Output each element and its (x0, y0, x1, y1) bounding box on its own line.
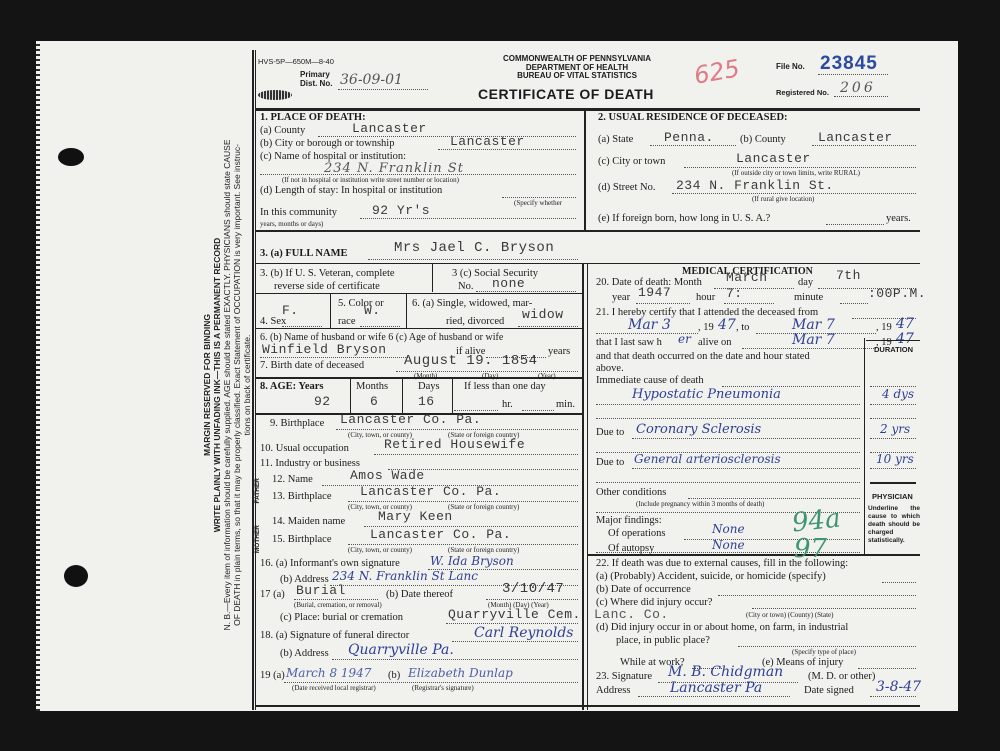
margin-line-2: WRITE PLAINLY WITH UNFADING INK—THIS IS … (212, 70, 222, 700)
alive-on-label: alive on (698, 337, 732, 348)
mother-name-value: Mary Keen (378, 509, 453, 524)
primary-dist-value: 36-09-01 (340, 72, 403, 88)
red-stamp-number: 625 (692, 54, 742, 90)
death-hour-label: hour (696, 292, 715, 303)
birth-note-month: (Month) (414, 372, 437, 380)
other-conditions-label: Other conditions (596, 487, 666, 498)
external-c-value: Lanc. Co. (594, 607, 669, 622)
death-year-label: year (612, 292, 630, 303)
duration-header: DURATION (874, 345, 913, 354)
pod-city-value: Lancaster (450, 134, 525, 149)
death-certificate-form: HVS-5P—650M—8-40 Primary Dist. No. 36-09… (252, 50, 924, 710)
min-label: min. (556, 399, 575, 410)
funeral-director-signature: Carl Reynolds (474, 625, 573, 641)
attended-from-year: 47 (718, 317, 736, 333)
pod-community-value: 92 Yr's (372, 203, 430, 218)
last-saw-pronoun: er (678, 332, 691, 346)
less-day-label: If less than one day (464, 381, 546, 392)
pod-county-label: (a) County (260, 125, 305, 136)
binding-margin-instructions: MARGIN RESERVED FOR BINDING WRITE PLAINL… (205, 70, 249, 700)
punch-hole-bottom (64, 565, 88, 587)
immediate-cause-value: Hypostatic Pneumonia (632, 387, 781, 402)
spouse-years-label: years (548, 346, 570, 357)
death-day-label: day (798, 277, 813, 288)
place-of-death-heading: 1. PLACE OF DEATH: (260, 112, 366, 123)
residence-heading: 2. USUAL RESIDENCE OF DECEASED: (598, 112, 788, 123)
birthplace-value: Lancaster Co. Pa. (340, 412, 481, 427)
registered-no-value: 206 (840, 80, 876, 96)
disposition-note: (Burial, cremation, or removal) (294, 601, 382, 609)
mother-birthplace-note-state: (State or foreign country) (448, 546, 519, 554)
days-label: Days (418, 381, 440, 392)
attended-to-label: , to (736, 322, 749, 333)
birth-note-year: (Year) (538, 372, 556, 380)
mother-side-label: MOTHER (254, 525, 268, 553)
duration-column-divider (864, 338, 865, 554)
left-border (252, 50, 254, 710)
immediate-cause-label: Immediate cause of death (596, 375, 704, 386)
punch-hole-top (58, 148, 84, 166)
occupation-label: 10. Usual occupation (260, 443, 349, 454)
full-name-label: 3. (a) FULL NAME (260, 248, 348, 259)
due-to-value-2: General arteriosclerosis (634, 452, 781, 466)
burial-place-value: Quarryville Cem. (448, 607, 581, 622)
pod-hospital-note: (If not in hospital or institution write… (282, 176, 459, 184)
age-months-value: 6 (370, 394, 378, 409)
registrar-signature-note: (Registrar's signature) (412, 684, 474, 692)
res-county-value: Lancaster (818, 130, 893, 145)
external-d-note: (Specify type of place) (792, 648, 856, 656)
pod-stay-label: (d) Length of stay: In hospital or insti… (260, 185, 442, 196)
mother-birthplace-label: 15. Birthplace (272, 534, 331, 545)
registered-no-label: Registered No. (776, 88, 829, 97)
file-no-label: File No. (776, 62, 805, 71)
registrar-label: 19 (a) (260, 670, 285, 681)
disposition-value: Burial (296, 583, 346, 598)
bottom-rule (256, 705, 920, 707)
last-saw-label: that I last saw h (596, 337, 662, 348)
res-city-value: Lancaster (736, 151, 811, 166)
from-year-prefix: , 19 (698, 322, 714, 333)
autopsy-label: Of autopsy (608, 543, 654, 554)
death-hour-value: 7: (726, 286, 743, 301)
res-county-label: (b) County (740, 134, 786, 145)
to-year-prefix: , 19 (876, 322, 892, 333)
left-border-inner (255, 50, 256, 710)
physician-header: PHYSICIAN (872, 492, 913, 501)
file-no-value: 23845 (820, 53, 878, 75)
informant-signature-label: 16. (a) Informant's own signature (260, 558, 400, 569)
death-minute-value: :00P.M. (868, 286, 926, 301)
margin-line-4: OF DEATH in plain terms, so that it may … (232, 70, 242, 700)
marital-label-1: 6. (a) Single, widowed, mar- (412, 298, 532, 309)
father-birthplace-label: 13. Birthplace (272, 491, 331, 502)
burial-date-label: (b) Date thereof (386, 589, 453, 600)
father-name-value: Amos Wade (350, 468, 425, 483)
registrar-b-label: (b) (388, 670, 400, 681)
res-city-label: (c) City or town (598, 156, 665, 167)
full-name-value: Mrs Jael C. Bryson (394, 240, 554, 256)
birth-date-value: August 19. 1854 (404, 353, 538, 369)
res-foreign-label: (e) If foreign born, how long in U. S. A… (598, 213, 770, 224)
res-street-note: (If rural give location) (752, 195, 814, 203)
father-birthplace-note-state: (State or foreign country) (448, 503, 519, 511)
external-a-label: (a) (Probably) Accident, suicide, or hom… (596, 571, 826, 582)
registrar-date-value: March 8 1947 (286, 666, 371, 680)
death-month-value: March (726, 270, 768, 285)
main-column-divider-inner (587, 263, 588, 710)
father-name-label: 12. Name (272, 474, 313, 485)
registrar-signature-value: Elizabeth Dunlap (408, 666, 513, 680)
death-day-value: 7th (836, 268, 861, 283)
attended-to-year: 47 (896, 316, 914, 332)
alive-on-value: Mar 7 (792, 332, 835, 348)
color-value: W. (364, 303, 381, 318)
funeral-director-address-value: Quarryville Pa. (348, 642, 454, 658)
external-d-label-2: place, in public place? (616, 635, 710, 646)
rule-22 (588, 554, 920, 556)
margin-line-1: MARGIN RESERVED FOR BINDING (202, 70, 212, 700)
birth-note-day: (Day) (482, 372, 498, 380)
death-occurred-label: and that death occurred on the date and … (596, 351, 810, 362)
header-rule (256, 108, 920, 111)
operations-value: None (712, 522, 745, 536)
union-label-seal-icon (258, 90, 292, 100)
operations-label: Of operations (608, 528, 665, 539)
primary-dist-label: Primary Dist. No. (300, 70, 332, 88)
burial-place-label: (c) Place: burial or cremation (280, 612, 403, 623)
certificate-title: CERTIFICATE OF DEATH (478, 86, 654, 102)
main-column-divider (582, 263, 584, 710)
informant-signature-value: W. Ida Bryson (430, 554, 514, 568)
above-label: above. (596, 363, 624, 374)
physician-address-label: Address (596, 685, 630, 696)
res-state-value: Penna. (664, 130, 714, 145)
physician-note: Underline the cause to which death shoul… (868, 505, 920, 545)
death-year-value: 1947 (638, 285, 671, 300)
agency-block: COMMONWEALTH OF PENNSYLVANIA DEPARTMENT … (477, 55, 677, 81)
external-b-label: (b) Date of occurrence (596, 584, 691, 595)
margin-line-3: N. B.—Every item of information should b… (222, 70, 232, 700)
funeral-director-address-label: (b) Address (280, 648, 329, 659)
occupation-value: Retired Housewife (384, 437, 525, 452)
rule-3b (256, 293, 582, 294)
mother-birthplace-value: Lancaster Co. Pa. (370, 527, 511, 542)
age-days-value: 16 (418, 394, 435, 409)
color-label-2: race (338, 316, 355, 327)
res-state-label: (a) State (598, 134, 633, 145)
due-to-duration-1: 2 yrs (880, 422, 910, 436)
birth-date-label: 7. Birth date of deceased (260, 360, 364, 371)
external-causes-heading: 22. If death was due to external causes,… (596, 558, 848, 569)
autopsy-value: None (712, 538, 745, 552)
registrar-date-note: (Date received local registrar) (292, 684, 376, 692)
physician-signature-value: M. B. Chidgman (668, 664, 783, 680)
pod-stay-note: (Specify whether (514, 199, 562, 207)
disposition-label: 17 (a) (260, 589, 285, 600)
due-to-value-1: Coronary Sclerosis (636, 422, 761, 437)
marital-label-2: ried, divorced (446, 316, 504, 327)
due-to-duration-2: 10 yrs (876, 452, 914, 466)
res-city-note: (If outside city or town limits, write R… (732, 169, 860, 177)
attended-from-value: Mar 3 (628, 317, 671, 333)
res-foreign-suffix: years. (886, 213, 911, 224)
due-to-label-1: Due to (596, 427, 624, 438)
age-label: 8. AGE: Years (260, 381, 323, 392)
ss-label-2: No. (458, 281, 473, 292)
funeral-director-label: 18. (a) Signature of funeral director (260, 630, 409, 641)
veteran-label-2: reverse side of certificate (274, 281, 380, 292)
months-label: Months (356, 381, 388, 392)
date-signed-value: 3-8-47 (876, 679, 921, 695)
date-signed-label: Date signed (804, 685, 854, 696)
rule-4 (256, 328, 582, 329)
pod-county-value: Lancaster (352, 121, 427, 136)
father-birthplace-value: Lancaster Co. Pa. (360, 484, 501, 499)
immediate-cause-duration: 4 dys (882, 387, 914, 401)
veteran-label-1: 3. (b) If U. S. Veteran, complete (260, 268, 395, 279)
external-c-note: (City or town) (County) (State) (746, 611, 834, 619)
other-conditions-note: (Include pregnancy within 3 months of de… (636, 500, 764, 508)
ss-value: none (492, 276, 525, 291)
physician-address-value: Lancaster Pa (670, 680, 762, 696)
informant-address-value: 234 N. Franklin St Lanc (332, 569, 478, 583)
attended-to-value: Mar 7 (792, 317, 835, 333)
industry-label: 11. Industry or business (260, 458, 360, 469)
mother-birthplace-note-city: (City, town, or county) (348, 546, 412, 554)
sex-value: F. (282, 303, 299, 318)
margin-line-5: tions on back of certificate. (242, 70, 252, 700)
burial-date-value: 3/10/47 (502, 581, 564, 597)
marital-value: widow (522, 307, 564, 322)
res-street-value: 234 N. Franklin St. (676, 178, 834, 193)
section-rule-2 (256, 263, 920, 264)
due-to-label-2: Due to (596, 457, 624, 468)
spouse-value: Winfield Bryson (262, 342, 387, 357)
pod-city-label: (b) City or borough or township (260, 138, 394, 149)
external-d-label: (d) Did injury occur in or about home, o… (596, 622, 848, 633)
death-minute-label: minute (794, 292, 823, 303)
father-side-label: FATHER (254, 478, 268, 504)
section-rule-1 (256, 230, 920, 232)
major-findings-label: Major findings: (596, 515, 662, 526)
age-years-value: 92 (314, 394, 331, 409)
physician-signature-suffix: (M. D. or other) (808, 671, 875, 682)
form-code: HVS-5P—650M—8-40 (258, 57, 334, 66)
hr-label: hr. (502, 399, 513, 410)
pod-community-label: In this community (260, 207, 337, 218)
res-street-label: (d) Street No. (598, 182, 655, 193)
pod-community-note: years, months or days) (260, 220, 323, 228)
mother-name-label: 14. Maiden name (272, 516, 345, 527)
birthplace-label: 9. Birthplace (270, 418, 324, 429)
top-column-divider (584, 110, 586, 230)
physician-signature-label: 23. Signature (596, 671, 652, 682)
